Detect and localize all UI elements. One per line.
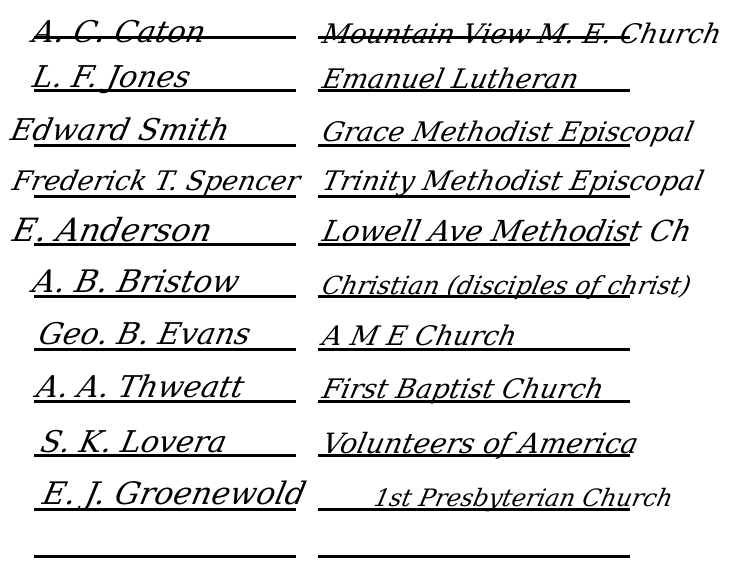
entry-row-blank <box>0 510 734 560</box>
church-name: A M E Church <box>320 323 519 350</box>
church-name: Mountain View M. E. Church <box>320 21 724 48</box>
church-line <box>318 243 630 246</box>
entry-row: A. A. Thweatt First Baptist Church <box>0 355 734 405</box>
entry-row: A. B. Bristow Christian (disciples of ch… <box>0 250 734 300</box>
entry-row: A. C. Caton Mountain View M. E. Church <box>0 0 734 50</box>
church-line <box>318 295 630 298</box>
signer-name: Geo. B. Evans <box>36 320 253 350</box>
signer-name: Edward Smith <box>8 116 232 146</box>
signer-name: A. C. Caton <box>30 18 208 48</box>
church-name: 1st Presbyterian Church <box>372 486 675 510</box>
name-line <box>34 348 296 351</box>
church-name: Lowell Ave Methodist Ch <box>320 217 694 246</box>
signer-name: Frederick T. Spencer <box>10 168 303 195</box>
signer-name: E. J. Groenewold <box>40 479 309 510</box>
entry-row: L. F. Jones Emanuel Lutheran <box>0 45 734 95</box>
church-line <box>318 400 630 403</box>
name-line <box>34 295 296 298</box>
church-name: First Baptist Church <box>320 376 606 403</box>
church-line <box>318 89 630 92</box>
name-line <box>34 89 296 92</box>
church-name: Trinity Methodist Episcopal <box>320 168 706 195</box>
name-line <box>34 36 296 39</box>
entry-row: E. Anderson Lowell Ave Methodist Ch <box>0 198 734 248</box>
church-line <box>318 454 630 457</box>
name-line <box>34 243 296 246</box>
entry-row: Geo. B. Evans A M E Church <box>0 302 734 352</box>
church-line <box>318 36 630 39</box>
signature-sheet: A. C. Caton Mountain View M. E. Church L… <box>0 0 734 562</box>
entry-row: E. J. Groenewold 1st Presbyterian Church <box>0 462 734 512</box>
church-line[interactable] <box>318 555 630 558</box>
church-line <box>318 348 630 351</box>
church-name: Grace Methodist Episcopal <box>320 119 696 146</box>
entry-row: S. K. Lovera Volunteers of America <box>0 410 734 460</box>
name-line[interactable] <box>34 555 296 558</box>
entry-row: Frederick T. Spencer Trinity Methodist E… <box>0 147 734 197</box>
entry-row: Edward Smith Grace Methodist Episcopal <box>0 98 734 148</box>
signer-name: A. A. Thweatt <box>34 373 247 403</box>
signer-name: A. B. Bristow <box>30 267 242 298</box>
signer-name: E. Anderson <box>10 214 215 246</box>
name-line <box>34 400 296 403</box>
name-line <box>34 454 296 457</box>
